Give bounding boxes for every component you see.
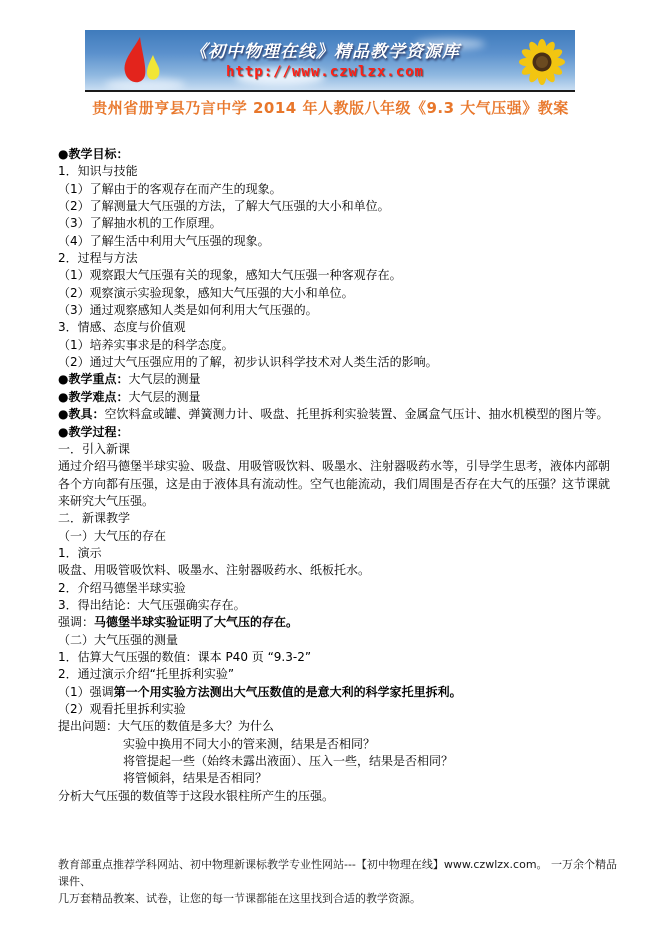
text-line: 2．通过演示介绍“托里拆利实验” [58, 666, 621, 683]
text-line: 1．演示 [58, 545, 621, 562]
banner-site-title: 《初中物理在线》精品教学资源库 [155, 37, 495, 62]
text-line: 2．过程与方法 [58, 250, 621, 267]
text-line: 吸盘、用吸管吸饮料、吸墨水、注射器吸药水、纸板托水。 [58, 562, 621, 579]
text-line: （一）大气压的存在 [58, 528, 621, 545]
footer-line: 教育部重点推荐学科网站、初中物理新课标教学专业性网站---【初中物理在线】www… [58, 856, 626, 890]
text-line: 将管倾斜，结果是否相同？ [58, 770, 621, 787]
text-line: （1）了解由于的客观存在而产生的现象。 [58, 181, 621, 198]
text-line: （3）通过观察感知人类是如何利用大气压强的。 [58, 302, 621, 319]
text-line: 1．估算大气压强的数值：课本 P40 页 “9.3-2” [58, 649, 621, 666]
text-line: （1）强调第一个用实验方法测出大气压数值的是意大利的科学家托里拆利。 [58, 684, 621, 701]
text-line: 二．新课教学 [58, 510, 621, 527]
page-title: 贵州省册亨县乃言中学 2014 年人教版八年级《9.3 大气压强》教案 [0, 97, 661, 118]
text-line: （3）了解抽水机的工作原理。 [58, 215, 621, 232]
text-line: 将管提起一些（始终未露出液面）、压入一些，结果是否相同？ [58, 753, 621, 770]
text-line: 3．情感、态度与价值观 [58, 319, 621, 336]
text-line: ●教学难点：大气层的测量 [58, 389, 621, 406]
text-line: 3．得出结论：大气压强确实存在。 [58, 597, 621, 614]
text-line: 分析大气压强的数值等于这段水银柱所产生的压强。 [58, 788, 621, 805]
text-line: ●教学过程： [58, 424, 621, 441]
text-line: ●教学重点：大气层的测量 [58, 371, 621, 388]
text-line: （二）大气压强的测量 [58, 632, 621, 649]
text-line: （2）观察演示实验现象，感知大气压强的大小和单位。 [58, 285, 621, 302]
text-line: （1）观察跟大气压强有关的现象，感知大气压强一种客观存在。 [58, 267, 621, 284]
text-line: （2）了解测量大气压强的方法，了解大气压强的大小和单位。 [58, 198, 621, 215]
text-line: 1．知识与技能 [58, 163, 621, 180]
document-page: 《初中物理在线》精品教学资源库 http://www.czwlzx.com [0, 0, 661, 936]
banner-site-url-link[interactable]: http://www.czwlzx.com [155, 64, 495, 80]
text-line: 提出问题：大气压的数值是多大？为什么 [58, 718, 621, 735]
text-line: （4）了解生活中利用大气压强的现象。 [58, 233, 621, 250]
banner-text-block: 《初中物理在线》精品教学资源库 http://www.czwlzx.com [155, 37, 495, 80]
text-line: 通过介绍马德堡半球实验、吸盘、用吸管吸饮料、吸墨水、注射器吸药水等，引导学生思考… [58, 458, 621, 510]
footer-line: 几万套精品教案、试卷，让您的每一节课都能在这里找到合适的教学资源。 [58, 890, 626, 907]
text-line: 实验中换用不同大小的管来测，结果是否相同？ [58, 736, 621, 753]
document-body: ●教学目标：1．知识与技能（1）了解由于的客观存在而产生的现象。（2）了解测量大… [58, 146, 621, 805]
site-banner: 《初中物理在线》精品教学资源库 http://www.czwlzx.com [85, 30, 575, 92]
text-line: 一．引入新课 [58, 441, 621, 458]
sunflower-icon [515, 36, 569, 90]
text-line: ●教学目标： [58, 146, 621, 163]
text-line: （2）通过大气压强应用的了解，初步认识科学技术对人类生活的影响。 [58, 354, 621, 371]
text-line: （2）观看托里拆利实验 [58, 701, 621, 718]
footer-note: 教育部重点推荐学科网站、初中物理新课标教学专业性网站---【初中物理在线】www… [58, 856, 626, 907]
text-line: ●教具：空饮料盒或罐、弹簧测力计、吸盘、托里拆利实验装置、金属盒气压计、抽水机模… [58, 406, 621, 423]
text-line: 2．介绍马德堡半球实验 [58, 580, 621, 597]
text-line: （1）培养实事求是的科学态度。 [58, 337, 621, 354]
text-line: 强调：马德堡半球实验证明了大气压的存在。 [58, 614, 621, 631]
